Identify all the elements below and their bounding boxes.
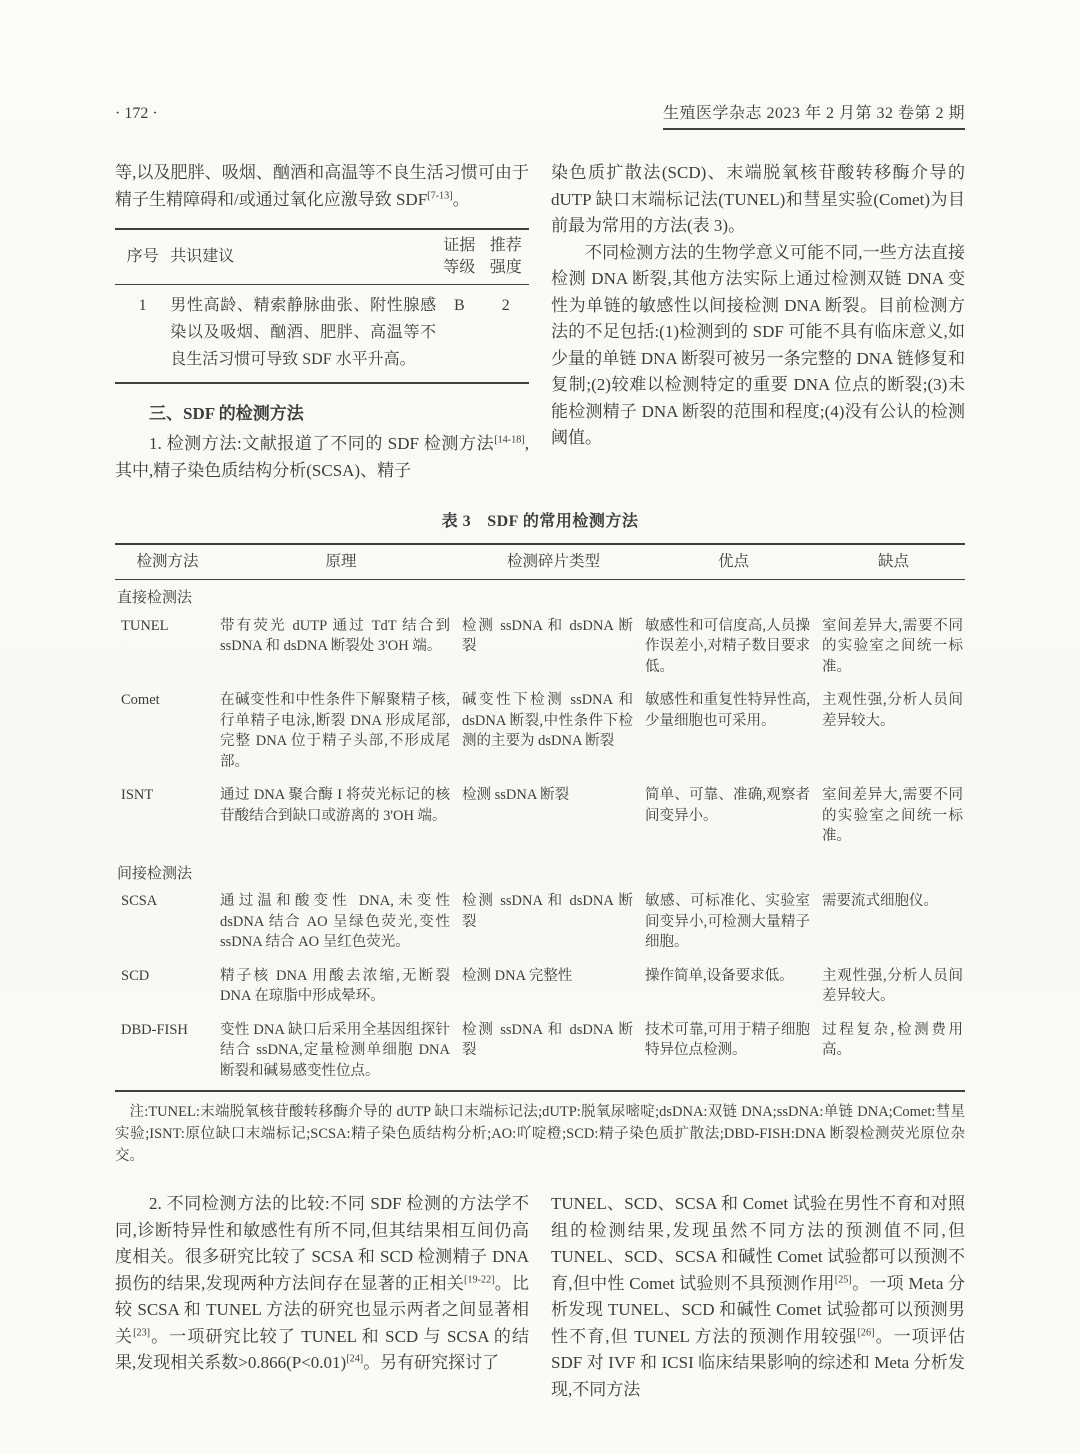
table3-footnote: 注:TUNEL:末端脱氧核苷酸转移酶介导的 dUTP 缺口末端标记法;dUTP:…	[115, 1101, 965, 1167]
table-cell: 室间差异大,需要不同的实验室之间统一标准。	[822, 781, 965, 856]
table-cell: SCD	[115, 962, 220, 1016]
running-head: · 172 · 生殖医学杂志 2023 年 2 月第 32 卷第 2 期	[115, 104, 965, 130]
column-header-recommendation: 共识建议	[170, 229, 436, 285]
consensus-table-body: 1男性高龄、精索静脉曲张、附性腺感染以及吸烟、酗酒、肥胖、高温等不良生活习惯可导…	[115, 285, 529, 384]
column-header-strength: 推荐强度	[483, 229, 529, 285]
journal-page: · 172 · 生殖医学杂志 2023 年 2 月第 32 卷第 2 期 等,以…	[0, 0, 1080, 1454]
table-cell: 精子核 DNA 用酸去浓缩,无断裂 DNA 在琼脂中形成晕环。	[220, 962, 462, 1016]
table-cell: SCSA	[115, 887, 220, 962]
upper-columns: 等,以及肥胖、吸烟、酗酒和高温等不良生活习惯可由于精子生精障碍和/或通过氧化应激…	[115, 160, 965, 484]
table-row: Comet在碱变性和中性条件下解聚精子核,行单精子电泳,断裂 DNA 形成尾部,…	[115, 686, 965, 781]
table-cell: 通过温和酸变性 DNA,未变性 dsDNA 结合 AO 呈绿色荧光,变性 ssD…	[220, 887, 462, 962]
column-header-number: 序号	[115, 229, 170, 285]
table-cell: B	[436, 285, 482, 384]
lower-left-column: 2. 不同检测方法的比较:不同 SDF 检测的方法学不同,诊断特异性和敏感性有所…	[115, 1191, 529, 1403]
table-cell: 检测 ssDNA 和 dsDNA 断裂	[462, 887, 645, 962]
table-cell: 需要流式细胞仪。	[822, 887, 965, 962]
table-cell: 在碱变性和中性条件下解聚精子核,行单精子电泳,断裂 DNA 形成尾部,完整 DN…	[220, 686, 462, 781]
table-cell: 技术可靠,可用于精子细胞特异位点检测。	[645, 1016, 822, 1092]
lower-right-column: TUNEL、SCD、SCSA 和 Comet 试验在男性不育和对照组的检测结果,…	[551, 1191, 965, 1403]
paragraph-lifestyle-sdf: 等,以及肥胖、吸烟、酗酒和高温等不良生活习惯可由于精子生精障碍和/或通过氧化应激…	[115, 160, 529, 213]
table3-body: 直接检测法TUNEL带有荧光 dUTP 通过 TdT 结合到 ssDNA 和 d…	[115, 580, 965, 1092]
table-cell: 简单、可靠、准确,观察者间变异小。	[645, 781, 822, 856]
consensus-table-header: 序号 共识建议 证据等级 推荐强度	[115, 229, 529, 285]
paragraph-method-comparison: 2. 不同检测方法的比较:不同 SDF 检测的方法学不同,诊断特异性和敏感性有所…	[115, 1191, 529, 1377]
sdf-detection-methods-table: 检测方法 原理 检测碎片类型 优点 缺点 直接检测法TUNEL带有荧光 dUTP…	[115, 543, 965, 1092]
paragraph-method-limitations: 不同检测方法的生物学意义可能不同,一些方法直接检测 DNA 断裂,其他方法实际上…	[551, 240, 965, 452]
table-cell: TUNEL	[115, 612, 220, 687]
table-cell: ISNT	[115, 781, 220, 856]
table-cell: 带有荧光 dUTP 通过 TdT 结合到 ssDNA 和 dsDNA 断裂处 3…	[220, 612, 462, 687]
table3-caption-text: SDF 的常用检测方法	[487, 513, 638, 530]
table-cell: 操作简单,设备要求低。	[645, 962, 822, 1016]
table-group-label: 间接检测法	[115, 856, 965, 888]
table-row: SCD精子核 DNA 用酸去浓缩,无断裂 DNA 在琼脂中形成晕环。检测 DNA…	[115, 962, 965, 1016]
table-row: DBD-FISH变性 DNA 缺口后采用全基因组探针结合 ssDNA,定量检测单…	[115, 1016, 965, 1092]
page-number: · 172 ·	[115, 104, 158, 124]
table-cell: 通过 DNA 聚合酶 I 将荧光标记的核苷酸结合到缺口或游离的 3'OH 端。	[220, 781, 462, 856]
lower-columns: 2. 不同检测方法的比较:不同 SDF 检测的方法学不同,诊断特异性和敏感性有所…	[115, 1191, 965, 1403]
table-cell: 变性 DNA 缺口后采用全基因组探针结合 ssDNA,定量检测单细胞 DNA 断…	[220, 1016, 462, 1092]
table-row: SCSA通过温和酸变性 DNA,未变性 dsDNA 结合 AO 呈绿色荧光,变性…	[115, 887, 965, 962]
table-cell: 2	[483, 285, 529, 384]
table-row: TUNEL带有荧光 dUTP 通过 TdT 结合到 ssDNA 和 dsDNA …	[115, 612, 965, 687]
journal-issue-reference: 生殖医学杂志 2023 年 2 月第 32 卷第 2 期	[663, 104, 965, 130]
table-cell: 敏感、可标准化、实验室间变异小,可检测大量精子细胞。	[645, 887, 822, 962]
paragraph-prediction-studies: TUNEL、SCD、SCSA 和 Comet 试验在男性不育和对照组的检测结果,…	[551, 1191, 965, 1403]
table-row: 1男性高龄、精索静脉曲张、附性腺感染以及吸烟、酗酒、肥胖、高温等不良生活习惯可导…	[115, 285, 529, 384]
table-cell: 男性高龄、精索静脉曲张、附性腺感染以及吸烟、酗酒、肥胖、高温等不良生活习惯可导致…	[170, 285, 436, 384]
table-cell: 1	[115, 285, 170, 384]
table3-header: 检测方法 原理 检测碎片类型 优点 缺点	[115, 544, 965, 580]
table-cell: 检测 ssDNA 和 dsDNA 断裂	[462, 612, 645, 687]
upper-left-column: 等,以及肥胖、吸烟、酗酒和高温等不良生活习惯可由于精子生精障碍和/或通过氧化应激…	[115, 160, 529, 484]
consensus-recommendation-table: 序号 共识建议 证据等级 推荐强度 1男性高龄、精索静脉曲张、附性腺感染以及吸烟…	[115, 228, 529, 384]
column-header-method: 检测方法	[115, 544, 220, 580]
column-header-principle: 原理	[220, 544, 462, 580]
table-cell: 主观性强,分析人员间差异较大。	[822, 962, 965, 1016]
upper-right-column: 染色质扩散法(SCD)、末端脱氧核苷酸转移酶介导的 dUTP 缺口末端标记法(T…	[551, 160, 965, 484]
column-header-advantage: 优点	[645, 544, 822, 580]
section-heading-sdf-detection: 三、SDF 的检测方法	[115, 400, 529, 427]
paragraph-detection-methods-intro: 1. 检测方法:文献报道了不同的 SDF 检测方法[14-18],其中,精子染色…	[115, 431, 529, 484]
table-cell: 敏感性和可信度高,人员操作误差小,对精子数目要求低。	[645, 612, 822, 687]
table-row: ISNT通过 DNA 聚合酶 I 将荧光标记的核苷酸结合到缺口或游离的 3'OH…	[115, 781, 965, 856]
column-header-evidence-level: 证据等级	[436, 229, 482, 285]
table3-caption-label: 表 3	[442, 513, 472, 530]
paragraph-common-methods: 染色质扩散法(SCD)、末端脱氧核苷酸转移酶介导的 dUTP 缺口末端标记法(T…	[551, 160, 965, 240]
table-cell: 检测 ssDNA 和 dsDNA 断裂	[462, 1016, 645, 1092]
table-cell: 敏感性和重复性特异性高,少量细胞也可采用。	[645, 686, 822, 781]
table-cell: DBD-FISH	[115, 1016, 220, 1092]
table-group-row: 间接检测法	[115, 856, 965, 888]
table-cell: 检测 ssDNA 断裂	[462, 781, 645, 856]
table-cell: 主观性强,分析人员间差异较大。	[822, 686, 965, 781]
table3-caption: 表 3SDF 的常用检测方法	[115, 508, 965, 531]
column-header-fragment-type: 检测碎片类型	[462, 544, 645, 580]
table-cell: 过程复杂,检测费用高。	[822, 1016, 965, 1092]
column-header-disadvantage: 缺点	[822, 544, 965, 580]
table-cell: Comet	[115, 686, 220, 781]
table-group-label: 直接检测法	[115, 580, 965, 612]
table-cell: 碱变性下检测 ssDNA 和 dsDNA 断裂,中性条件下检测的主要为 dsDN…	[462, 686, 645, 781]
table-group-row: 直接检测法	[115, 580, 965, 612]
table-cell: 检测 DNA 完整性	[462, 962, 645, 1016]
table-cell: 室间差异大,需要不同的实验室之间统一标准。	[822, 612, 965, 687]
